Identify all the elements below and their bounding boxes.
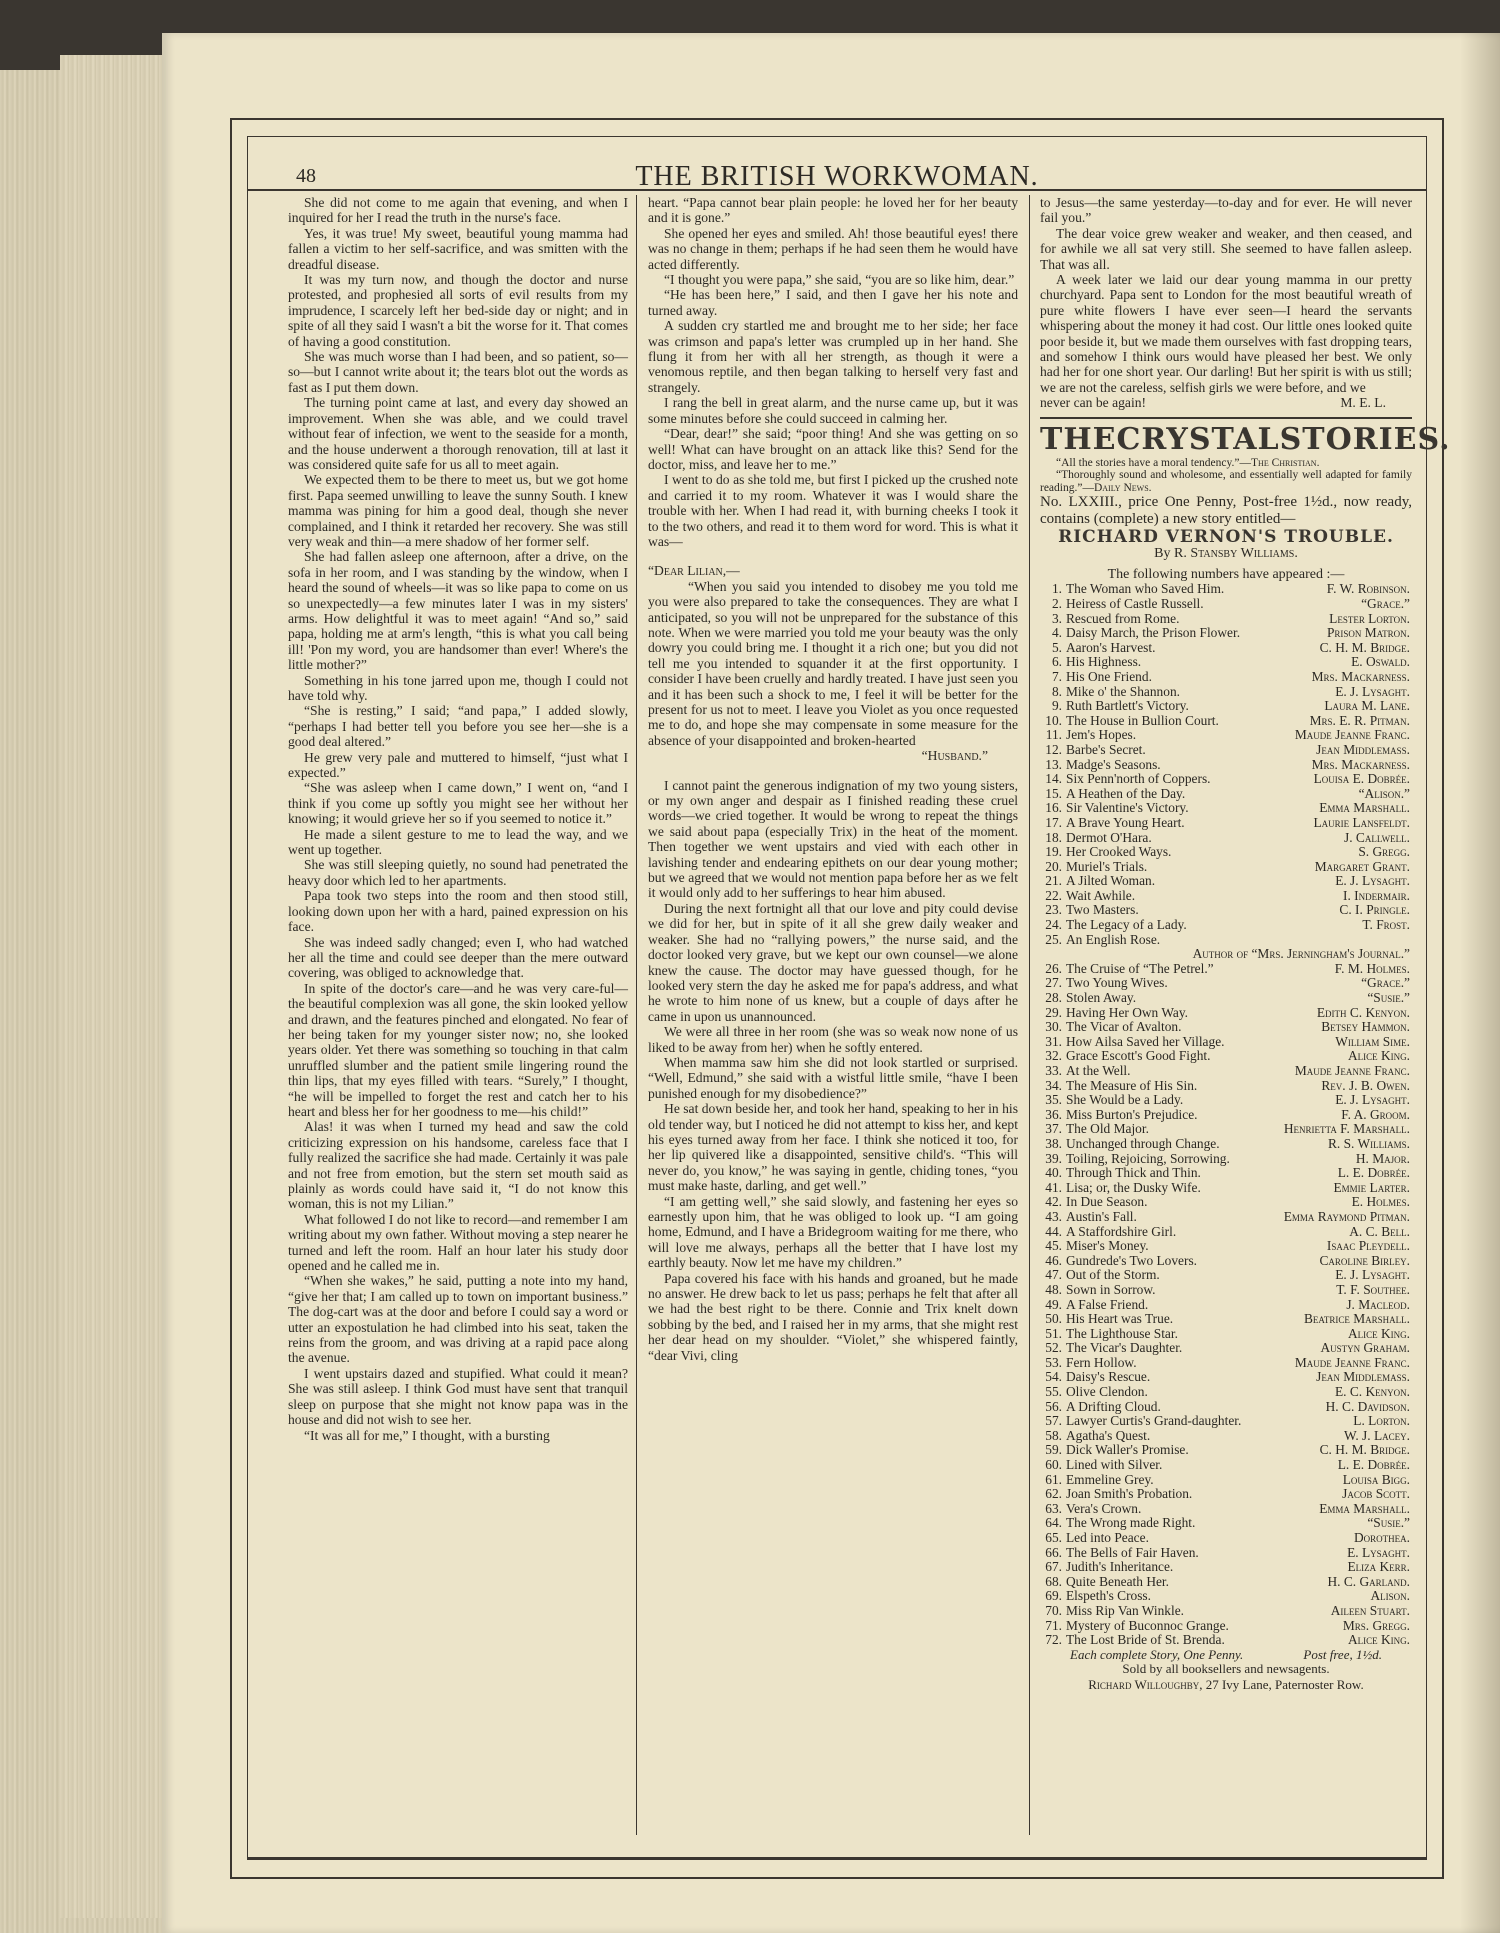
story-list-item: 26.The Cruise of “The Petrel.”F. M. Holm… — [1040, 962, 1412, 977]
story-list-item: 7.His One Friend.Mrs. Mackarness. — [1040, 670, 1412, 685]
story-number: 45. — [1040, 1239, 1066, 1254]
story-list-item: 15.A Heathen of the Day.“Alison.” — [1040, 787, 1412, 802]
story-author: William Sime. — [1335, 1035, 1412, 1050]
story-author: E. J. Lysaght. — [1335, 685, 1412, 700]
story-list: 1.The Woman who Saved Him.F. W. Robinson… — [1040, 582, 1412, 1647]
paragraph: Alas! it was when I turned my head and s… — [288, 1119, 628, 1211]
story-author: “Alison.” — [1359, 787, 1412, 802]
story-author: C. I. Pringle. — [1339, 903, 1412, 918]
story-title: Austin's Fall. — [1066, 1210, 1284, 1225]
story-list-item: 12.Barbe's Secret.Jean Middlemass. — [1040, 743, 1412, 758]
story-author: Laurie Lansfeldt. — [1313, 816, 1412, 831]
story-title: Miser's Money. — [1066, 1239, 1327, 1254]
story-author: Laura M. Lane. — [1324, 699, 1412, 714]
story-number: 20. — [1040, 860, 1066, 875]
story-list-item: 40.Through Thick and Thin.L. E. Dobrée. — [1040, 1166, 1412, 1181]
story-title: Rescued from Rome. — [1066, 612, 1329, 627]
story-list-item: 69.Elspeth's Cross.Alison. — [1040, 1589, 1412, 1604]
story-number: 44. — [1040, 1225, 1066, 1240]
story-title: A Brave Young Heart. — [1066, 816, 1313, 831]
story-author: L. E. Dobrée. — [1338, 1166, 1412, 1181]
story-author: Alison. — [1370, 1589, 1412, 1604]
story-title: At the Well. — [1066, 1064, 1295, 1079]
paragraph: She was much worse than I had been, and … — [288, 349, 628, 395]
story-author: Mrs. Mackarness. — [1312, 670, 1412, 685]
story-list-item: 16.Sir Valentine's Victory.Emma Marshall… — [1040, 801, 1412, 816]
story-author: Mrs. E. R. Pitman. — [1310, 714, 1412, 729]
story-number: 47. — [1040, 1268, 1066, 1283]
story-title: A Jilted Woman. — [1066, 874, 1335, 889]
story-list-item: 29.Having Her Own Way.Edith C. Kenyon. — [1040, 1006, 1412, 1021]
paragraph: “Dear, dear!” she said; “poor thing! And… — [648, 426, 1018, 472]
story-number: 52. — [1040, 1341, 1066, 1356]
paragraph: “She was asleep when I came down,” I wen… — [288, 780, 628, 826]
story-author: I. Indermair. — [1343, 889, 1412, 904]
story-title: Led into Peace. — [1066, 1531, 1354, 1546]
story-number: 68. — [1040, 1575, 1066, 1590]
story-author: Emmie Larter. — [1333, 1181, 1412, 1196]
story-number: 27. — [1040, 976, 1066, 991]
story-number: 51. — [1040, 1327, 1066, 1342]
story-title: Her Crooked Ways. — [1066, 845, 1358, 860]
story-list-item: 55.Olive Clendon.E. C. Kenyon. — [1040, 1385, 1412, 1400]
story-title: Ruth Bartlett's Victory. — [1066, 699, 1324, 714]
story-author: Lester Lorton. — [1329, 612, 1412, 627]
paragraph: In spite of the doctor's care—and he was… — [288, 981, 628, 1120]
story-number: 54. — [1040, 1370, 1066, 1385]
story-author — [1410, 933, 1412, 948]
story-number: 59. — [1040, 1443, 1066, 1458]
story-list-item: 38.Unchanged through Change.R. S. Willia… — [1040, 1137, 1412, 1152]
story-title: Dick Waller's Promise. — [1066, 1443, 1320, 1458]
paragraph: I went to do as she told me, but first I… — [648, 472, 1018, 549]
story-number: 12. — [1040, 743, 1066, 758]
story-author: “Susie.” — [1367, 1516, 1412, 1531]
story-list-item: 9.Ruth Bartlett's Victory.Laura M. Lane. — [1040, 699, 1412, 714]
story-number: 13. — [1040, 758, 1066, 773]
story-author: Beatrice Marshall. — [1304, 1312, 1412, 1327]
story-title: His Heart was True. — [1066, 1312, 1304, 1327]
story-author: E. C. Kenyon. — [1335, 1385, 1412, 1400]
story-title: Daisy's Rescue. — [1066, 1370, 1316, 1385]
story-author: “Grace.” — [1361, 597, 1412, 612]
story-title: The Cruise of “The Petrel.” — [1066, 962, 1335, 977]
story-list-item: 45.Miser's Money.Isaac Pleydell. — [1040, 1239, 1412, 1254]
story-list-item: 63.Vera's Crown.Emma Marshall. — [1040, 1502, 1412, 1517]
column-3: to Jesus—the same yesterday—to-day and f… — [1040, 195, 1412, 1692]
story-list-item: 21.A Jilted Woman.E. J. Lysaght. — [1040, 874, 1412, 889]
story-title: Lawyer Curtis's Grand-daughter. — [1066, 1414, 1353, 1429]
story-title: An English Rose. — [1066, 933, 1410, 948]
story-title: Two Young Wives. — [1066, 976, 1361, 991]
paragraph: She had fallen asleep one afternoon, aft… — [288, 549, 628, 672]
story-number: 63. — [1040, 1502, 1066, 1517]
story-title: Agatha's Quest. — [1066, 1429, 1344, 1444]
paragraph: We were all three in her room (she was s… — [648, 1024, 1018, 1055]
story-title: The Woman who Saved Him. — [1066, 582, 1327, 597]
story-title: Two Masters. — [1066, 903, 1339, 918]
story-number: 28. — [1040, 991, 1066, 1006]
story-list-item: 70.Miss Rip Van Winkle.Aileen Stuart. — [1040, 1604, 1412, 1619]
story-author: J. Callwell. — [1344, 831, 1412, 846]
list-heading: The following numbers have appeared :— — [1040, 567, 1412, 582]
story-list-item: 61.Emmeline Grey.Louisa Bigg. — [1040, 1473, 1412, 1488]
paragraph: During the next fortnight all that our l… — [648, 901, 1018, 1024]
story-list-item: 54.Daisy's Rescue.Jean Middlemass. — [1040, 1370, 1412, 1385]
story-number: 29. — [1040, 1006, 1066, 1021]
paragraph: Papa took two steps into the room and th… — [288, 888, 628, 934]
story-number: 14. — [1040, 772, 1066, 787]
story-title: Madge's Seasons. — [1066, 758, 1312, 773]
story-number: 9. — [1040, 699, 1066, 714]
inner-border: 48 THE BRITISH WORKWOMAN. She did not co… — [247, 136, 1427, 1860]
story-author: Henrietta F. Marshall. — [1284, 1122, 1412, 1137]
story-list-item: 3.Rescued from Rome.Lester Lorton. — [1040, 612, 1412, 627]
story-list-item: 71.Mystery of Buconnoc Grange.Mrs. Gregg… — [1040, 1619, 1412, 1634]
story-number: 5. — [1040, 641, 1066, 656]
publisher: Richard Willoughby, 27 Ivy Lane, Paterno… — [1040, 1677, 1412, 1692]
story-author: E. Holmes. — [1352, 1195, 1412, 1210]
story-list-item: 59.Dick Waller's Promise.C. H. M. Bridge… — [1040, 1443, 1412, 1458]
story-title: A Drifting Cloud. — [1066, 1400, 1326, 1415]
story-list-item: 48.Sown in Sorrow.T. F. Southee. — [1040, 1283, 1412, 1298]
story-title: Lined with Silver. — [1066, 1458, 1338, 1473]
story-number: 56. — [1040, 1400, 1066, 1415]
story-author: E. Lysaght. — [1347, 1546, 1412, 1561]
crystal-stories-advert: THE CRYSTAL STORIES. “All the stories ha… — [1040, 423, 1412, 1692]
story-title: Toiling, Rejoicing, Sorrowing. — [1066, 1152, 1356, 1167]
paragraph: I went upstairs dazed and stupified. Wha… — [288, 1366, 628, 1428]
review-quote: “Thoroughly sound and wholesome, and ess… — [1040, 469, 1412, 494]
story-author: A. C. Bell. — [1349, 1225, 1412, 1240]
story-number: 65. — [1040, 1531, 1066, 1546]
story-title: Elspeth's Cross. — [1066, 1589, 1370, 1604]
story-list-item: 33.At the Well.Maude Jeanne Franc. — [1040, 1064, 1412, 1079]
story-author: T. F. Southee. — [1336, 1283, 1412, 1298]
story-author: Jean Middlemass. — [1316, 743, 1412, 758]
story-title: The Legacy of a Lady. — [1066, 918, 1362, 933]
running-head: 48 THE BRITISH WORKWOMAN. — [248, 137, 1426, 191]
story-list-item: 47.Out of the Storm.E. J. Lysaght. — [1040, 1268, 1412, 1283]
story-title: His Highness. — [1066, 655, 1351, 670]
story-author: Maude Jeanne Franc. — [1295, 1064, 1412, 1079]
story-number: 18. — [1040, 831, 1066, 846]
story-author: L. Lorton. — [1353, 1414, 1412, 1429]
story-list-item: 57.Lawyer Curtis's Grand-daughter.L. Lor… — [1040, 1414, 1412, 1429]
story-number: 36. — [1040, 1108, 1066, 1123]
story-list-item: 24.The Legacy of a Lady.T. Frost. — [1040, 918, 1412, 933]
story-number: 11. — [1040, 728, 1066, 743]
story-title: Joan Smith's Probation. — [1066, 1487, 1342, 1502]
story-list-item: 36.Miss Burton's Prejudice.F. A. Groom. — [1040, 1108, 1412, 1123]
story-author: R. S. Williams. — [1328, 1137, 1412, 1152]
story-author: Rev. J. B. Owen. — [1321, 1079, 1412, 1094]
story-title: Out of the Storm. — [1066, 1268, 1335, 1283]
story-author: F. W. Robinson. — [1327, 582, 1412, 597]
story-number: 3. — [1040, 612, 1066, 627]
story-number: 33. — [1040, 1064, 1066, 1079]
story-list-item: Author of “Mrs. Jerningham's Journal.” — [1040, 947, 1412, 962]
story-author: Jacob Scott. — [1342, 1487, 1412, 1502]
story-author: “Susie.” — [1367, 991, 1412, 1006]
paragraph: She did not come to me again that evenin… — [288, 195, 628, 226]
story-author: Emma Raymond Pitman. — [1284, 1210, 1412, 1225]
story-title: In Due Season. — [1066, 1195, 1352, 1210]
paragraph: The dear voice grew weaker and weaker, a… — [1040, 226, 1412, 272]
story-title: Unchanged through Change. — [1066, 1137, 1328, 1152]
author-initials: M. E. L. — [1340, 395, 1412, 410]
paragraph: to Jesus—the same yesterday—to-day and f… — [1040, 195, 1412, 226]
last-line: never can be again! — [1040, 395, 1146, 410]
story-title: Heiress of Castle Russell. — [1066, 597, 1361, 612]
story-title: Aaron's Harvest. — [1066, 641, 1320, 656]
story-number: 30. — [1040, 1020, 1066, 1035]
story-title: Judith's Inheritance. — [1066, 1560, 1347, 1575]
paragraph: The turning point came at last, and ever… — [288, 395, 628, 472]
story-list-item: 46.Gundrede's Two Lovers.Caroline Birley… — [1040, 1254, 1412, 1269]
story-list-item: 28.Stolen Away.“Susie.” — [1040, 991, 1412, 1006]
paragraph: When mamma saw him she did not look star… — [648, 1055, 1018, 1101]
story-author: H. C. Davidson. — [1326, 1400, 1412, 1415]
story-number: 41. — [1040, 1181, 1066, 1196]
story-title: The Lost Bride of St. Brenda. — [1066, 1633, 1348, 1648]
story-list-item: 13.Madge's Seasons.Mrs. Mackarness. — [1040, 758, 1412, 773]
story-author: T. Frost. — [1362, 918, 1412, 933]
gutter-shadow — [1460, 33, 1500, 1933]
story-list-item: 22.Wait Awhile.I. Indermair. — [1040, 889, 1412, 904]
story-title: How Ailsa Saved her Village. — [1066, 1035, 1335, 1050]
paragraph: “I am getting well,” she said slowly, an… — [648, 1194, 1018, 1271]
story-title: Grace Escott's Good Fight. — [1066, 1049, 1348, 1064]
story-number: 23. — [1040, 903, 1066, 918]
story-title: The House in Bullion Court. — [1066, 714, 1310, 729]
story-number: 50. — [1040, 1312, 1066, 1327]
story-number: 7. — [1040, 670, 1066, 685]
paragraph: “She is resting,” I said; “and papa,” I … — [288, 703, 628, 749]
story-list-item: 27.Two Young Wives.“Grace.” — [1040, 976, 1412, 991]
story-number: 8. — [1040, 685, 1066, 700]
story-number: 66. — [1040, 1546, 1066, 1561]
paragraph: She opened her eyes and smiled. Ah! thos… — [648, 226, 1018, 272]
story-author: C. H. M. Bridge. — [1320, 641, 1412, 656]
story-author: Louisa Bigg. — [1343, 1473, 1412, 1488]
letter-body: “When you said you intended to disobey m… — [648, 579, 1018, 748]
story-author: Mrs. Mackarness. — [1312, 758, 1412, 773]
story-number: 55. — [1040, 1385, 1066, 1400]
advert-title: THE CRYSTAL STORIES. — [1040, 423, 1412, 457]
story-number: 32. — [1040, 1049, 1066, 1064]
newspaper-page: 48 THE BRITISH WORKWOMAN. She did not co… — [162, 33, 1500, 1933]
byline: By R. Stansby Williams. — [1040, 546, 1412, 561]
story-list-item: 11.Jem's Hopes.Maude Jeanne Franc. — [1040, 728, 1412, 743]
story-list-item: 17.A Brave Young Heart.Laurie Lansfeldt. — [1040, 816, 1412, 831]
story-number: 57. — [1040, 1414, 1066, 1429]
story-list-item: 51.The Lighthouse Star.Alice King. — [1040, 1327, 1412, 1342]
story-number: 42. — [1040, 1195, 1066, 1210]
paragraph: A sudden cry startled me and brought me … — [648, 318, 1018, 395]
story-author: C. H. M. Bridge. — [1320, 1443, 1412, 1458]
story-author: L. E. Dobrée. — [1338, 1458, 1412, 1473]
review-quote: “All the stories have a moral tendency.”… — [1040, 457, 1412, 470]
story-title: Having Her Own Way. — [1066, 1006, 1317, 1021]
story-author: F. A. Groom. — [1341, 1108, 1412, 1123]
story-title: Daisy March, the Prison Flower. — [1066, 626, 1327, 641]
story-author: Louisa E. Dobrée. — [1314, 772, 1412, 787]
story-title: The Lighthouse Star. — [1066, 1327, 1348, 1342]
story-list-item: 25.An English Rose. — [1040, 933, 1412, 948]
paragraph: Papa covered his face with his hands and… — [648, 1271, 1018, 1363]
story-conclusion: to Jesus—the same yesterday—to-day and f… — [1040, 195, 1412, 395]
story-list-item: 43.Austin's Fall.Emma Raymond Pitman. — [1040, 1210, 1412, 1225]
story-author: Austyn Graham. — [1320, 1341, 1412, 1356]
story-title: Barbe's Secret. — [1066, 743, 1316, 758]
story-author: E. J. Lysaght. — [1335, 874, 1412, 889]
paragraph: He grew very pale and muttered to himsel… — [288, 750, 628, 781]
story-number: 46. — [1040, 1254, 1066, 1269]
story-list-item: 44.A Staffordshire Girl.A. C. Bell. — [1040, 1225, 1412, 1240]
paragraph: He made a silent gesture to me to lead t… — [288, 827, 628, 858]
story-author: “Grace.” — [1361, 976, 1412, 991]
story-number: 26. — [1040, 962, 1066, 977]
story-title: His One Friend. — [1066, 670, 1312, 685]
story-author: S. Gregg. — [1358, 845, 1412, 860]
story-number: 4. — [1040, 626, 1066, 641]
story-author: Dorothea. — [1354, 1531, 1412, 1546]
paragraph: “He has been here,” I said, and then I g… — [648, 287, 1018, 318]
story-list-item: 72.The Lost Bride of St. Brenda.Alice Ki… — [1040, 1633, 1412, 1648]
paragraph: He sat down beside her, and took her han… — [648, 1101, 1018, 1193]
story-title: Jem's Hopes. — [1066, 728, 1295, 743]
story-number: 25. — [1040, 933, 1066, 948]
story-signoff: never can be again! M. E. L. — [1040, 395, 1412, 410]
story-title: A Heathen of the Day. — [1066, 787, 1359, 802]
story-author: H. C. Garland. — [1327, 1575, 1412, 1590]
story-number: 62. — [1040, 1487, 1066, 1502]
paragraph: We expected them to be there to meet us,… — [288, 472, 628, 549]
story-author: Prison Matron. — [1327, 626, 1412, 641]
story-title: Miss Rip Van Winkle. — [1066, 1604, 1331, 1619]
story-author: Betsey Hammon. — [1321, 1020, 1412, 1035]
story-list-item: 6.His Highness.E. Oswald. — [1040, 655, 1412, 670]
story-number: 53. — [1040, 1356, 1066, 1371]
story-number: 34. — [1040, 1079, 1066, 1094]
story-number: 19. — [1040, 845, 1066, 860]
paragraph: A week later we laid our dear young mamm… — [1040, 272, 1412, 395]
story-paragraphs: I cannot paint the generous indignation … — [648, 778, 1018, 1363]
story-list-item: 42.In Due Season.E. Holmes. — [1040, 1195, 1412, 1210]
story-author: H. Major. — [1356, 1152, 1412, 1167]
story-number: 10. — [1040, 714, 1066, 729]
story-list-item: 66.The Bells of Fair Haven.E. Lysaght. — [1040, 1546, 1412, 1561]
story-title: Through Thick and Thin. — [1066, 1166, 1338, 1181]
story-list-item: 64.The Wrong made Right.“Susie.” — [1040, 1516, 1412, 1531]
sold-by: Sold by all booksellers and newsagents. — [1040, 1662, 1412, 1677]
paragraph: “When she wakes,” he said, putting a not… — [288, 1273, 628, 1365]
letter-salutation: “Dear Lilian,— — [648, 563, 1018, 578]
story-author: Edith C. Kenyon. — [1317, 1006, 1412, 1021]
story-list-item: 60.Lined with Silver.L. E. Dobrée. — [1040, 1458, 1412, 1473]
story-author: Emma Marshall. — [1319, 801, 1412, 816]
announcement: No. LXXIII., price One Penny, Post-free … — [1040, 494, 1412, 528]
paragraph: It was my turn now, and though the docto… — [288, 272, 628, 349]
story-list-item: 58.Agatha's Quest.W. J. Lacey. — [1040, 1429, 1412, 1444]
story-title: Sir Valentine's Victory. — [1066, 801, 1319, 816]
story-list-item: 34.The Measure of His Sin.Rev. J. B. Owe… — [1040, 1079, 1412, 1094]
story-list-item: 4.Daisy March, the Prison Flower.Prison … — [1040, 626, 1412, 641]
story-number: 60. — [1040, 1458, 1066, 1473]
story-title: Mike o' the Shannon. — [1066, 685, 1335, 700]
story-list-item: 65.Led into Peace.Dorothea. — [1040, 1531, 1412, 1546]
story-author: Maude Jeanne Franc. — [1295, 728, 1412, 743]
column-2: heart. “Papa cannot bear plain people: h… — [648, 195, 1018, 1363]
story-title: The Vicar of Avalton. — [1066, 1020, 1321, 1035]
story-list-item: 14.Six Penn'north of Coppers.Louisa E. D… — [1040, 772, 1412, 787]
story-title: Wait Awhile. — [1066, 889, 1343, 904]
story-number: 24. — [1040, 918, 1066, 933]
story-number: 70. — [1040, 1604, 1066, 1619]
paragraph: heart. “Papa cannot bear plain people: h… — [648, 195, 1018, 226]
story-number: 49. — [1040, 1298, 1066, 1313]
story-number: 58. — [1040, 1429, 1066, 1444]
story-title: The Old Major. — [1066, 1122, 1284, 1137]
column-1: She did not come to me again that evenin… — [288, 195, 628, 1443]
story-title: Sown in Sorrow. — [1066, 1283, 1336, 1298]
story-list-item: 19.Her Crooked Ways.S. Gregg. — [1040, 845, 1412, 860]
story-list-item: 53.Fern Hollow.Maude Jeanne Franc. — [1040, 1356, 1412, 1371]
story-author: Mrs. Gregg. — [1343, 1619, 1412, 1634]
story-author: Aileen Stuart. — [1331, 1604, 1412, 1619]
story-list-item: 68.Quite Beneath Her.H. C. Garland. — [1040, 1575, 1412, 1590]
story-author: Emma Marshall. — [1319, 1502, 1412, 1517]
story-author: E. Oswald. — [1351, 655, 1412, 670]
story-author: W. J. Lacey. — [1344, 1429, 1412, 1444]
letter-signature: “Husband.” — [648, 748, 1018, 763]
story-list-item: 52.The Vicar's Daughter.Austyn Graham. — [1040, 1341, 1412, 1356]
story-number: 40. — [1040, 1166, 1066, 1181]
story-list-item: 56.A Drifting Cloud.H. C. Davidson. — [1040, 1400, 1412, 1415]
story-list-item: 23.Two Masters.C. I. Pringle. — [1040, 903, 1412, 918]
story-title: Vera's Crown. — [1066, 1502, 1319, 1517]
story-title: Six Penn'north of Coppers. — [1066, 772, 1314, 787]
story-author: F. M. Holmes. — [1335, 962, 1412, 977]
story-number: 61. — [1040, 1473, 1066, 1488]
paragraph: Something in his tone jarred upon me, th… — [288, 673, 628, 704]
story-author: J. Macleod. — [1346, 1298, 1412, 1313]
story-number: 21. — [1040, 874, 1066, 889]
story-number: 2. — [1040, 597, 1066, 612]
story-list-item: 2.Heiress of Castle Russell.“Grace.” — [1040, 597, 1412, 612]
story-author: Alice King. — [1348, 1049, 1412, 1064]
story-number: 43. — [1040, 1210, 1066, 1225]
story-author: Jean Middlemass. — [1316, 1370, 1412, 1385]
story-number: 64. — [1040, 1516, 1066, 1531]
story-list-item: 37.The Old Major.Henrietta F. Marshall. — [1040, 1122, 1412, 1137]
book-page-edges-inner — [60, 55, 165, 1918]
price-note: Each complete Story, One Penny. Post fre… — [1040, 1648, 1412, 1663]
story-author: Caroline Birley. — [1319, 1254, 1412, 1269]
story-title: The Vicar's Daughter. — [1066, 1341, 1320, 1356]
story-list-item: 50.His Heart was True.Beatrice Marshall. — [1040, 1312, 1412, 1327]
story-number: 67. — [1040, 1560, 1066, 1575]
paragraph: What followed I do not like to record—an… — [288, 1212, 628, 1274]
story-list-item: 32.Grace Escott's Good Fight.Alice King. — [1040, 1049, 1412, 1064]
paragraph: She was still sleeping quietly, no sound… — [288, 857, 628, 888]
story-number: 6. — [1040, 655, 1066, 670]
story-author: Maude Jeanne Franc. — [1295, 1356, 1412, 1371]
story-title: Quite Beneath Her. — [1066, 1575, 1327, 1590]
section-divider — [1040, 417, 1412, 419]
story-number: 1. — [1040, 582, 1066, 597]
